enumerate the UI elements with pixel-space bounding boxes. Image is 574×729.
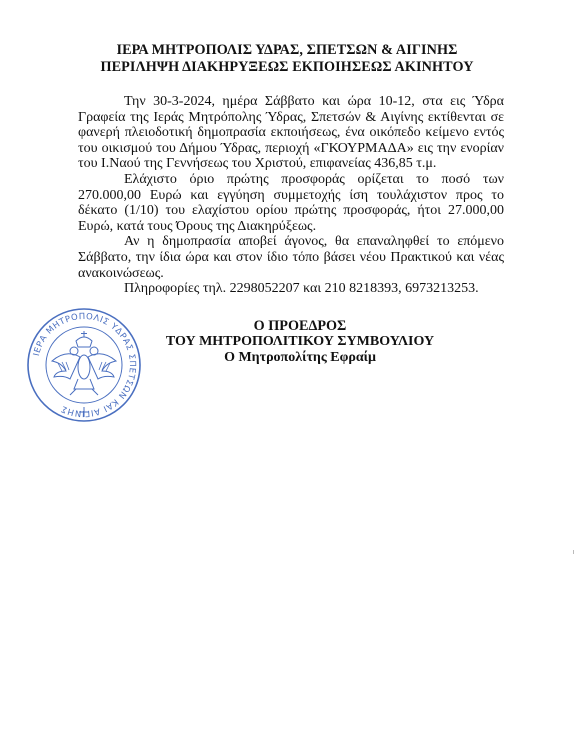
signature-block: Ο ΠΡΟΕΔΡΟΣ ΤΟΥ ΜΗΤΡΟΠΟΛΙΤΙΚΟΥ ΣΥΜΒΟΥΛΙΟΥ…	[90, 318, 510, 366]
paragraph-auction-details: Την 30-3-2024, ημέρα Σάββατο και ώρα 10-…	[78, 94, 504, 172]
header-title-line1: ΙΕΡΑ ΜΗΤΡΟΠΟΛΙΣ ΥΔΡΑΣ, ΣΠΕΤΣΩΝ & ΑΙΓΙΝΗΣ	[0, 42, 574, 59]
paragraph-contact-info: Πληροφορίες τηλ. 2298052207 και 210 8218…	[78, 281, 504, 297]
signature-council: ΤΟΥ ΜΗΤΡΟΠΟΛΙΤΙΚΟΥ ΣΥΜΒΟΥΛΙΟΥ	[90, 334, 510, 350]
signature-title: Ο ΠΡΟΕΔΡΟΣ	[90, 318, 510, 334]
paragraph-minimum-bid: Ελάχιστο όριο πρώτης προσφοράς ορίζεται …	[78, 172, 504, 234]
document-body: Την 30-3-2024, ημέρα Σάββατο και ώρα 10-…	[78, 94, 504, 297]
header-title-line2: ΠΕΡΙΛΗΨΗ ΔΙΑΚΗΡΥΞΕΩΣ ΕΚΠΟΙΗΣΕΩΣ ΑΚΙΝΗΤΟΥ	[0, 59, 574, 76]
paragraph-repeat-auction: Αν η δημοπρασία αποβεί άγονος, θα επαναλ…	[78, 234, 504, 281]
signature-name: Ο Μητροπολίτης Εφραίμ	[90, 350, 510, 366]
